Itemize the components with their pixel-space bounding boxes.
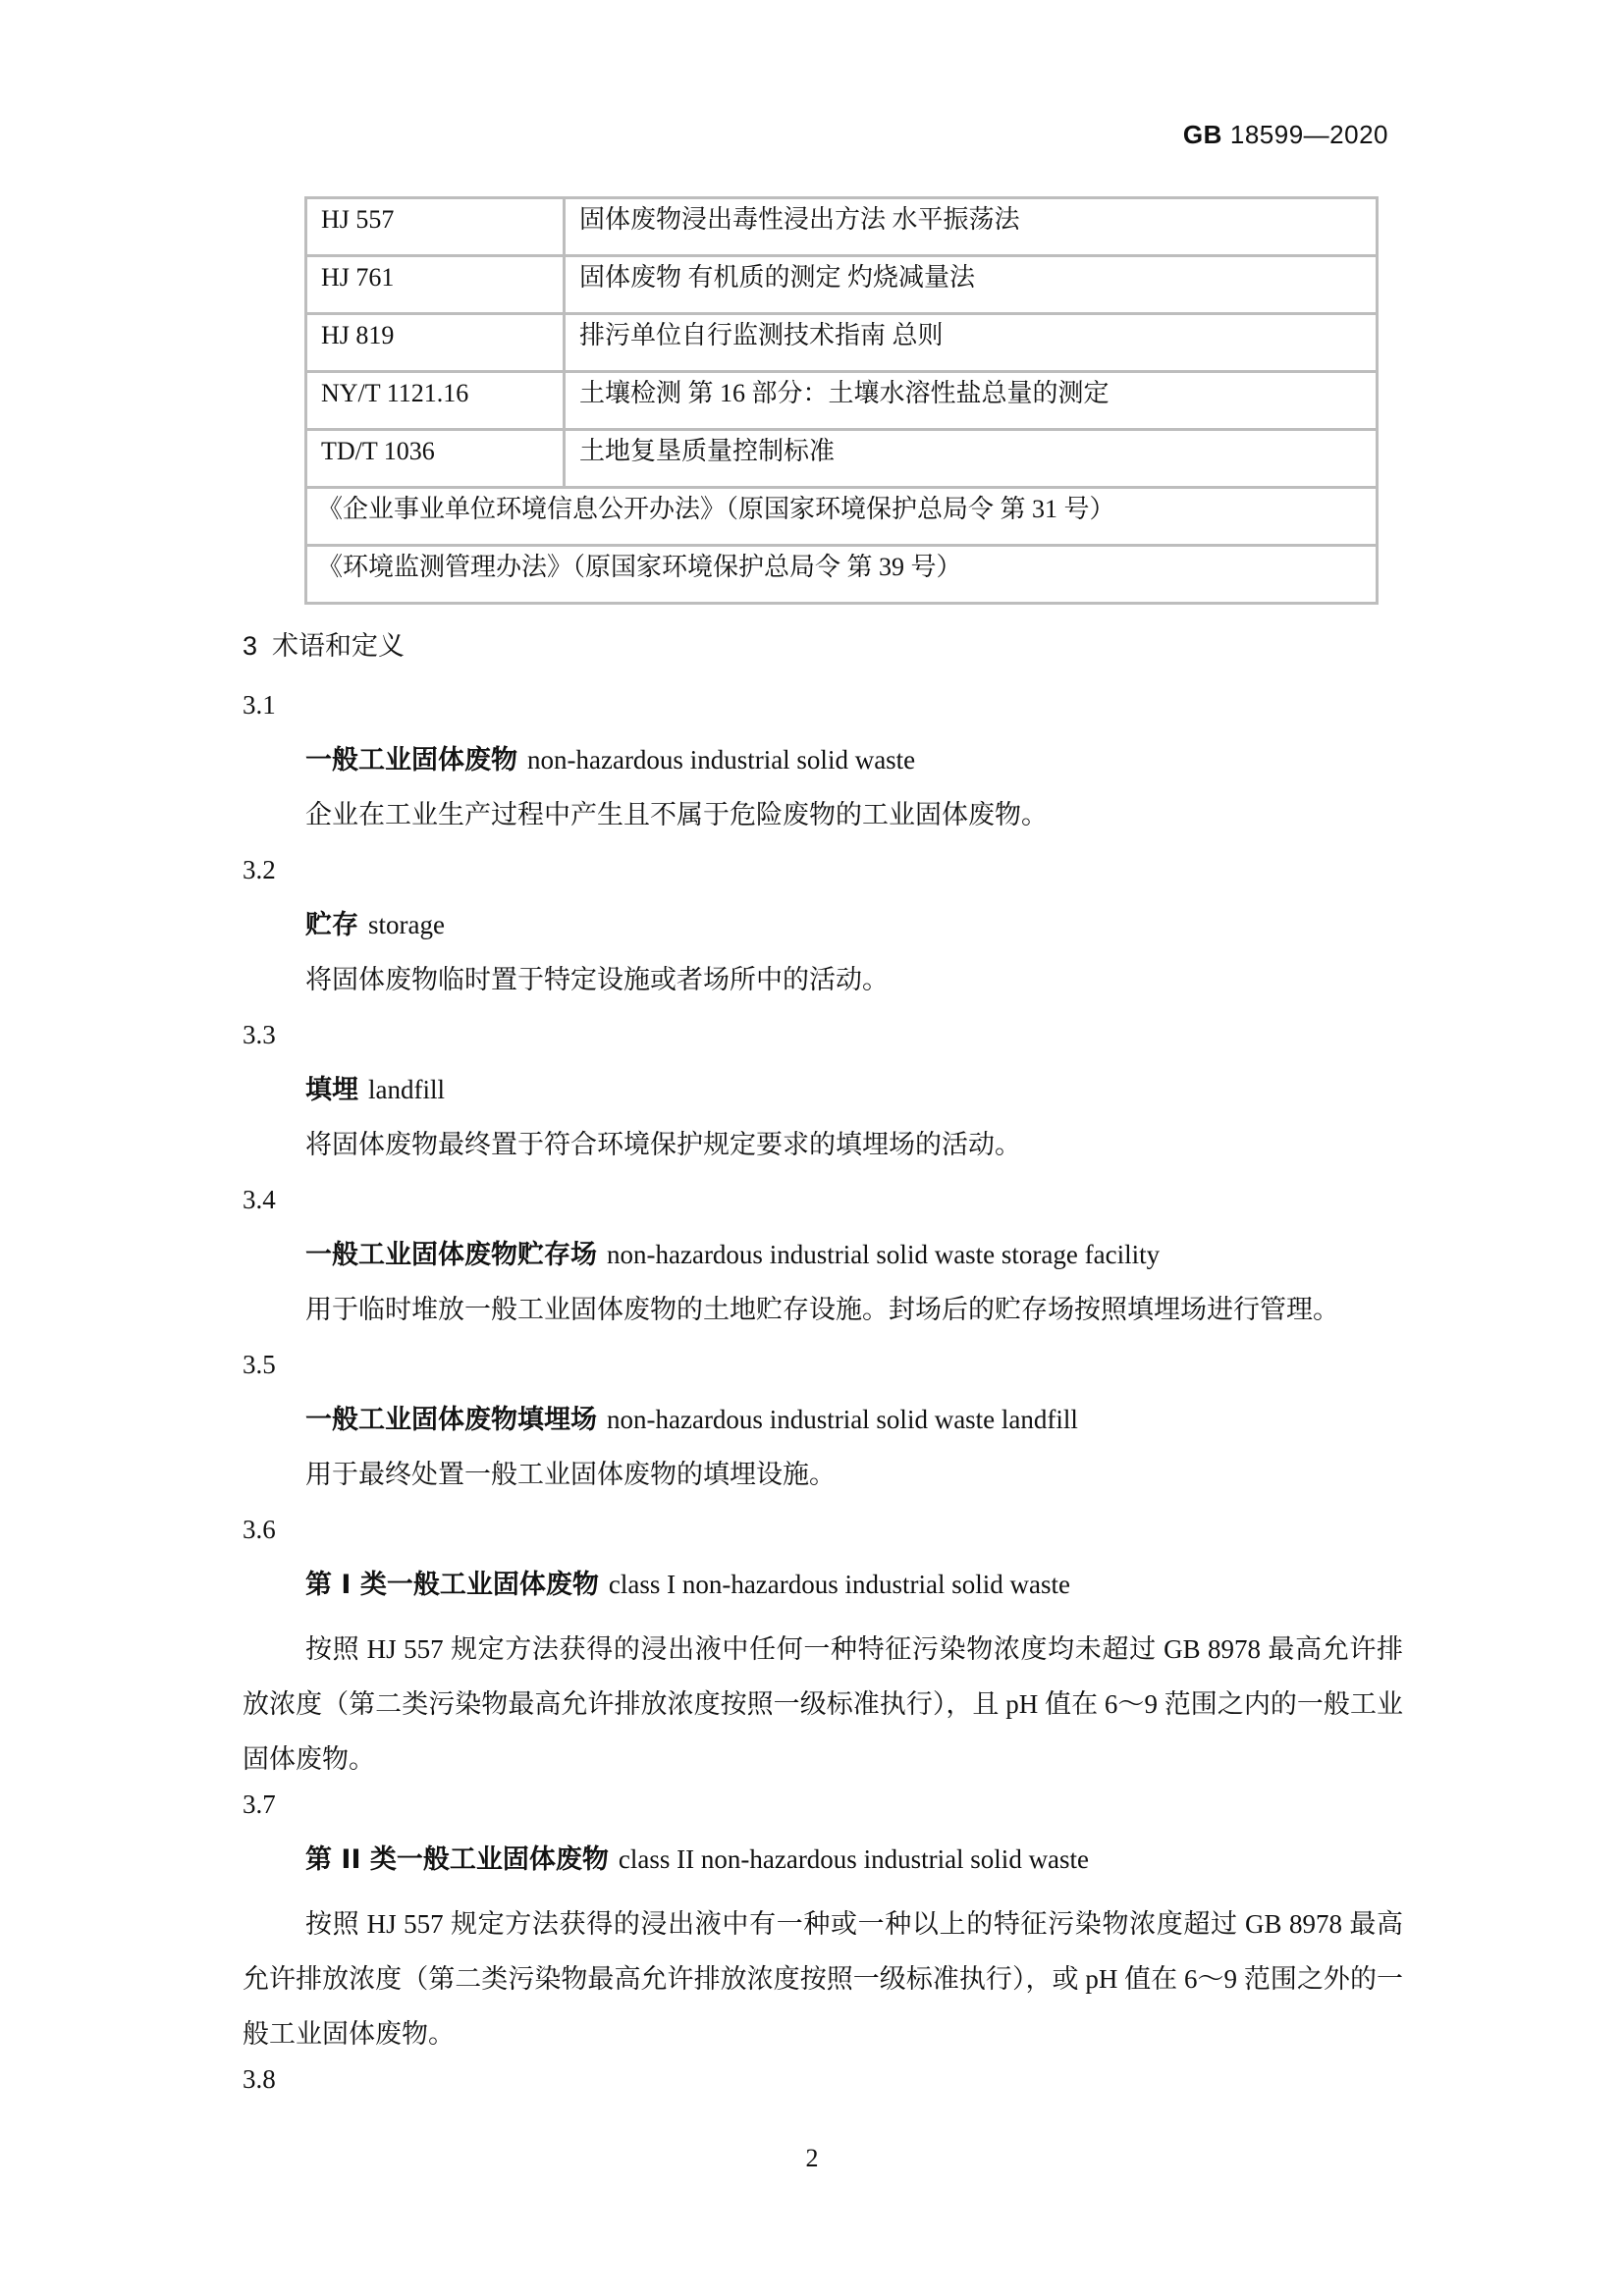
term-number: 3.2 xyxy=(243,852,1403,907)
term-entry: 3.1 一般工业固体废物non-hazardous industrial sol… xyxy=(243,687,1403,852)
reference-code: NY/T 1121.16 xyxy=(306,372,565,430)
term-number: 3.1 xyxy=(243,687,1403,742)
terms-and-definitions: 3.1 一般工业固体废物non-hazardous industrial sol… xyxy=(243,687,1403,2116)
term-heading: 第 I 类一般工业固体废物class I non-hazardous indus… xyxy=(243,1567,1403,1622)
term-zh: 第 I 类一般工业固体废物 xyxy=(305,1570,599,1600)
term-entry: 3.8 xyxy=(243,2061,1403,2116)
term-entry: 3.3 填埋landfill 将固体废物最终置于符合环境保护规定要求的填埋场的活… xyxy=(243,1017,1403,1182)
page-number: 2 xyxy=(0,2144,1624,2173)
reference-code: TD/T 1036 xyxy=(306,430,565,488)
term-en: storage xyxy=(368,910,445,939)
term-number: 3.4 xyxy=(243,1182,1403,1237)
page-header: GB18599—2020 xyxy=(1183,120,1388,150)
section-title: 术语和定义 xyxy=(272,631,405,661)
term-heading: 一般工业固体废物填埋场non-hazardous industrial soli… xyxy=(243,1402,1403,1457)
term-zh: 一般工业固体废物 xyxy=(305,745,517,775)
table-row: 《企业事业单位环境信息公开办法》（原国家环境保护总局令 第 31 号） xyxy=(306,488,1378,546)
table-row: 《环境监测管理办法》（原国家环境保护总局令 第 39 号） xyxy=(306,546,1378,604)
term-en: class I non-hazardous industrial solid w… xyxy=(609,1570,1070,1599)
reference-title: 固体废物浸出毒性浸出方法 水平振荡法 xyxy=(565,198,1378,256)
term-heading: 第 II 类一般工业固体废物class II non-hazardous ind… xyxy=(243,1842,1403,1896)
term-zh: 一般工业固体废物贮存场 xyxy=(305,1240,597,1270)
term-definition: 将固体废物临时置于特定设施或者场所中的活动。 xyxy=(243,962,1403,1017)
table-row: NY/T 1121.16 土壤检测 第 16 部分：土壤水溶性盐总量的测定 xyxy=(306,372,1378,430)
reference-title: 土地复垦质量控制标准 xyxy=(565,430,1378,488)
reference-code: HJ 819 xyxy=(306,314,565,372)
term-definition: 用于最终处置一般工业固体废物的填埋设施。 xyxy=(243,1457,1403,1512)
term-entry: 3.6 第 I 类一般工业固体废物class I non-hazardous i… xyxy=(243,1512,1403,1787)
term-heading: 贮存storage xyxy=(243,907,1403,962)
reference-regulation: 《企业事业单位环境信息公开办法》（原国家环境保护总局令 第 31 号） xyxy=(306,488,1378,546)
standard-number: 18599—2020 xyxy=(1230,120,1388,149)
table-row: TD/T 1036 土地复垦质量控制标准 xyxy=(306,430,1378,488)
term-en: landfill xyxy=(368,1075,445,1104)
term-en: class II non-hazardous industrial solid … xyxy=(619,1844,1089,1874)
reference-title: 固体废物 有机质的测定 灼烧减量法 xyxy=(565,256,1378,314)
term-heading: 一般工业固体废物non-hazardous industrial solid w… xyxy=(243,742,1403,797)
term-number: 3.8 xyxy=(243,2061,1403,2116)
term-zh: 第 II 类一般工业固体废物 xyxy=(305,1844,609,1875)
table-row: HJ 557 固体废物浸出毒性浸出方法 水平振荡法 xyxy=(306,198,1378,256)
term-definition: 将固体废物最终置于符合环境保护规定要求的填埋场的活动。 xyxy=(243,1127,1403,1182)
reference-title: 排污单位自行监测技术指南 总则 xyxy=(565,314,1378,372)
term-en: non-hazardous industrial solid waste xyxy=(527,745,915,774)
term-definition: 用于临时堆放一般工业固体废物的土地贮存设施。封场后的贮存场按照填埋场进行管理。 xyxy=(243,1292,1403,1347)
term-number: 3.6 xyxy=(243,1512,1403,1567)
table-row: HJ 761 固体废物 有机质的测定 灼烧减量法 xyxy=(306,256,1378,314)
term-entry: 3.5 一般工业固体废物填埋场non-hazardous industrial … xyxy=(243,1347,1403,1512)
table-row: HJ 819 排污单位自行监测技术指南 总则 xyxy=(306,314,1378,372)
term-zh: 填埋 xyxy=(305,1075,358,1105)
term-heading: 一般工业固体废物贮存场non-hazardous industrial soli… xyxy=(243,1237,1403,1292)
reference-title: 土壤检测 第 16 部分：土壤水溶性盐总量的测定 xyxy=(565,372,1378,430)
term-en: non-hazardous industrial solid waste sto… xyxy=(607,1240,1160,1269)
reference-regulation: 《环境监测管理办法》（原国家环境保护总局令 第 39 号） xyxy=(306,546,1378,604)
term-heading: 填埋landfill xyxy=(243,1072,1403,1127)
normative-references-table: HJ 557 固体废物浸出毒性浸出方法 水平振荡法 HJ 761 固体废物 有机… xyxy=(304,196,1379,605)
term-definition: 按照 HJ 557 规定方法获得的浸出液中有一种或一种以上的特征污染物浓度超过 … xyxy=(243,1896,1403,2061)
term-number: 3.3 xyxy=(243,1017,1403,1072)
reference-code: HJ 761 xyxy=(306,256,565,314)
standard-prefix: GB xyxy=(1183,120,1222,149)
term-entry: 3.2 贮存storage 将固体废物临时置于特定设施或者场所中的活动。 xyxy=(243,852,1403,1017)
term-definition: 企业在工业生产过程中产生且不属于危险废物的工业固体废物。 xyxy=(243,797,1403,852)
term-entry: 3.4 一般工业固体废物贮存场non-hazardous industrial … xyxy=(243,1182,1403,1347)
term-zh: 贮存 xyxy=(305,910,358,940)
term-number: 3.5 xyxy=(243,1347,1403,1402)
term-en: non-hazardous industrial solid waste lan… xyxy=(607,1405,1078,1434)
reference-code: HJ 557 xyxy=(306,198,565,256)
term-number: 3.7 xyxy=(243,1787,1403,1842)
term-entry: 3.7 第 II 类一般工业固体废物class II non-hazardous… xyxy=(243,1787,1403,2061)
term-definition: 按照 HJ 557 规定方法获得的浸出液中任何一种特征污染物浓度均未超过 GB … xyxy=(243,1622,1403,1787)
term-zh: 一般工业固体废物填埋场 xyxy=(305,1405,597,1435)
section-heading: 3 术语和定义 xyxy=(243,624,405,663)
section-number: 3 xyxy=(243,631,257,661)
